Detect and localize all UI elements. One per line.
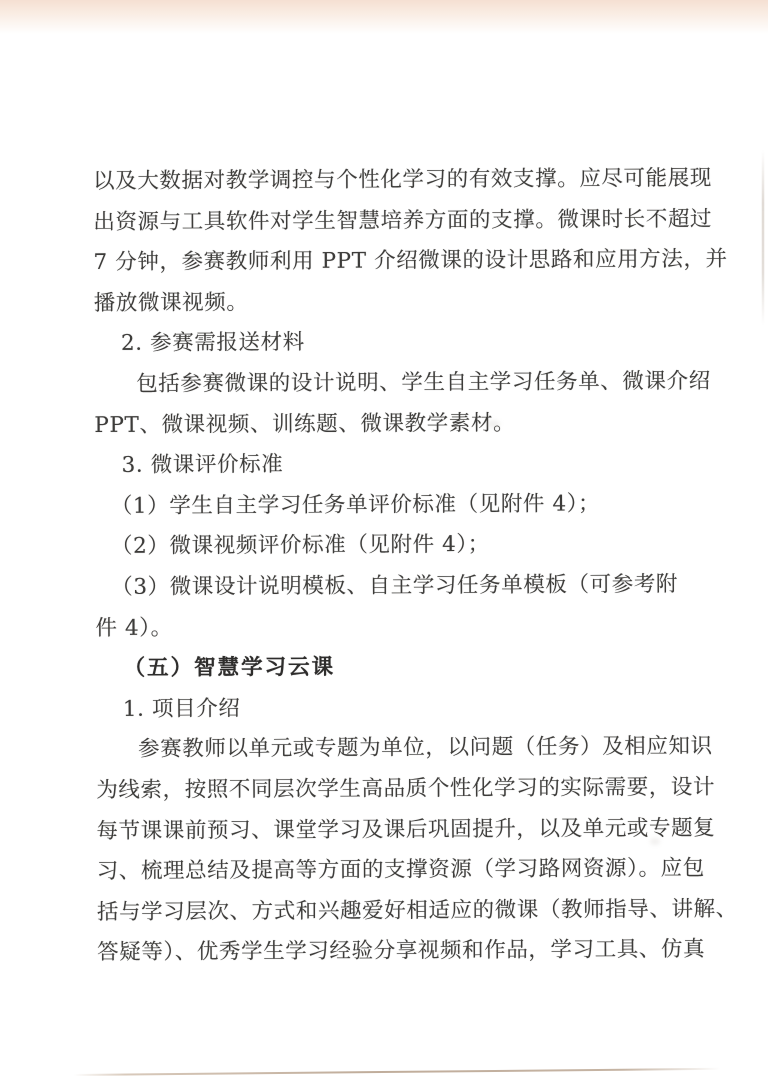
text-line: 2. 参赛需报送材料 xyxy=(94,321,726,365)
text-line: 3. 微课评价标准 xyxy=(94,443,726,487)
text-line: 为线索，按照不同层次学生高品质个性化学习的实际需要，设计 xyxy=(96,768,728,812)
text-line: PPT、微课视频、训练题、微课教学素材。 xyxy=(94,402,726,446)
text-line: 7 分钟，参赛教师利用 PPT 介绍微课的设计思路和应用方法，并 xyxy=(93,240,725,284)
scan-top-edge-tint xyxy=(0,0,768,34)
text-line: 以及大数据对教学调控与个性化学习的有效支撑。应尽可能展现 xyxy=(93,159,725,203)
text-line: （3）微课设计说明模板、自主学习任务单模板（可参考附 xyxy=(95,565,727,609)
text-line: （1）学生自主学习任务单评价标准（见附件 4）； xyxy=(95,483,727,527)
document-body: 以及大数据对教学调控与个性化学习的有效支撑。应尽可能展现出资源与工具软件对学生智… xyxy=(93,159,729,974)
text-line: 每节课课前预习、课堂学习及课后巩固提升，以及单元或专题复 xyxy=(96,808,728,852)
text-line: 习、梳理总结及提高等方面的支撑资源（学习路网资源）。应包 xyxy=(97,849,729,893)
scan-smudge xyxy=(650,838,660,845)
text-line: 包括参赛微课的设计说明、学生自主学习任务单、微课介绍 xyxy=(94,362,726,406)
text-line: （2）微课视频评价标准（见附件 4）； xyxy=(95,524,727,568)
scan-bottom-paper-edge-line xyxy=(74,1068,720,1076)
text-line: （五）智慧学习云课 xyxy=(96,646,728,690)
text-line: 答疑等）、优秀学生学习经验分享视频和作品，学习工具、仿真 xyxy=(97,930,729,974)
scan-right-edge-shadow xyxy=(762,150,764,325)
text-line: 播放微课视频。 xyxy=(94,280,726,324)
text-line: 括与学习层次、方式和兴趣爱好相适应的微课（教师指导、讲解、 xyxy=(97,889,729,933)
text-line: 1. 项目介绍 xyxy=(96,686,728,730)
text-line: 件 4）。 xyxy=(95,605,727,649)
scan-smudge xyxy=(486,420,500,428)
scanned-document-page: 以及大数据对教学调控与个性化学习的有效支撑。应尽可能展现出资源与工具软件对学生智… xyxy=(0,0,768,1085)
text-line: 出资源与工具软件对学生智慧培养方面的支撑。微课时长不超过 xyxy=(93,199,725,243)
text-line: 参赛教师以单元或专题为单位，以问题（任务）及相应知识 xyxy=(96,727,728,771)
